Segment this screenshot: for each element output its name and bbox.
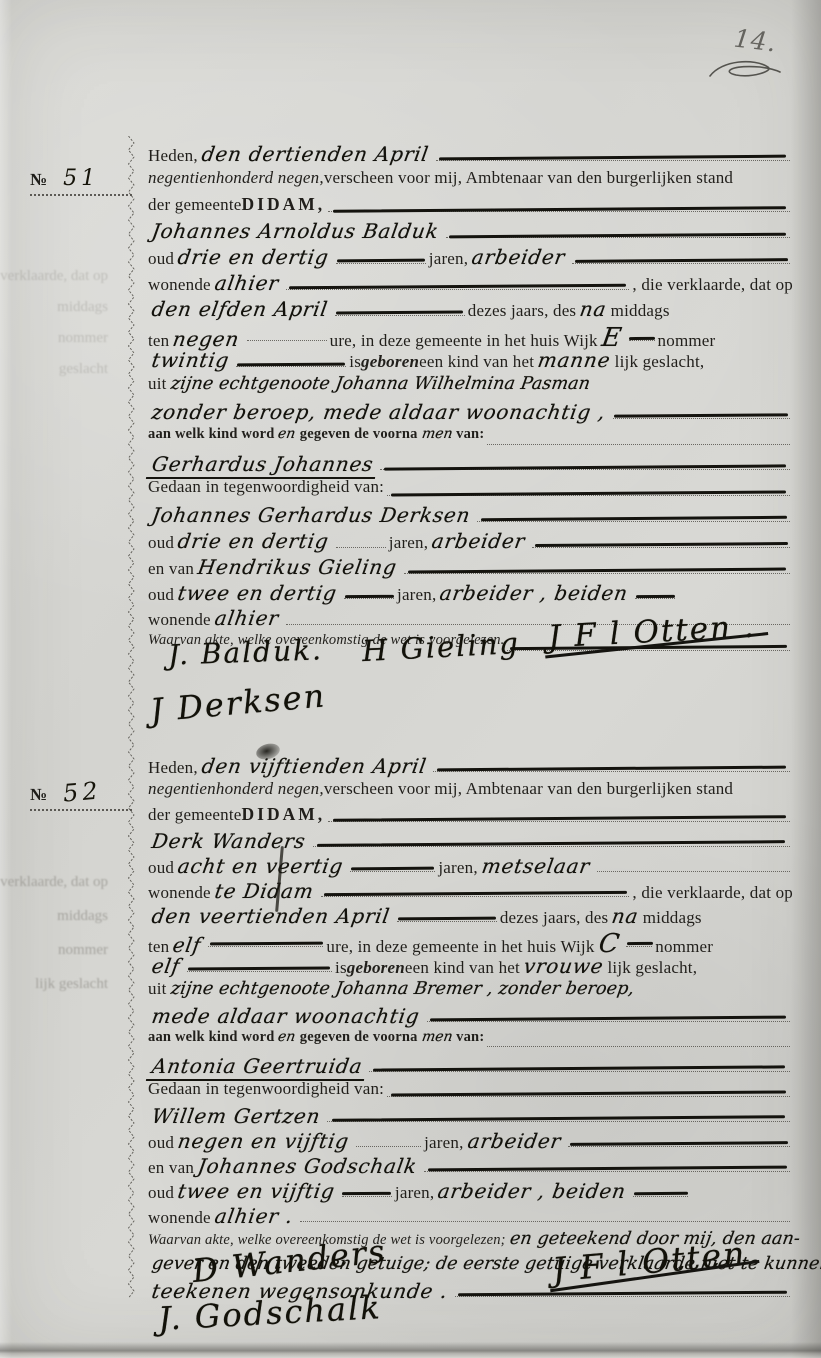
handwritten-entry: Gerhardus Johannes [146,452,379,479]
fill-line [187,969,332,972]
printed-form-text: nommer [658,331,716,351]
form-line: den veertienden April dezes jaars, des n… [148,904,793,929]
printed-form-text: der gemeente [148,195,242,215]
printed-form-text: aan welk kind word [148,426,274,443]
fill-line [387,493,790,496]
handwritten-entry: negen [167,327,245,351]
printed-form-text: jaren, [395,1183,434,1203]
form-line: ten negen ure, in deze gemeente in het h… [148,323,793,349]
fill-line [344,596,394,599]
handwritten-entry: arbeider [462,1129,567,1153]
handwritten-entry: twee en dertig [172,581,343,605]
fill-line [635,596,675,599]
form-line: mede aldaar woonachtig [148,1004,793,1029]
fill-line [313,844,790,847]
form-line: Johannes Arnoldus Balduk [148,219,793,245]
handwritten-entry: twee en vijftig [172,1179,341,1203]
fill-line [350,869,435,872]
fill-line [321,894,630,897]
handwritten-entry: arbeider [426,529,531,553]
printed-form-text: lijk geslacht, [615,352,705,372]
handwritten-entry: arbeider , beiden [435,581,635,605]
printed-form-text: der gemeente [148,805,242,825]
form-line: oud negen en vijftig jaren, arbeider [148,1129,793,1154]
form-line: twintigis geboren een kind van het manne… [148,348,793,374]
record-52-body: Heden, den vijftienden Aprilnegentienhon… [148,754,793,1304]
fill-line [328,209,790,212]
printed-form-text: jaren, [397,585,436,605]
printed-form-text: geboren [347,958,405,978]
handwritten-entry: vrouwe [518,954,609,978]
handwritten-entry: zijne echtgenoote Johanna Bremer , zonde… [165,979,639,999]
printed-form-text: Heden, [148,758,198,778]
fill-line [455,1294,790,1297]
printed-form-text: oud [148,533,174,553]
printed-form-text: negentienhonderd negen, [148,779,324,799]
form-line: Antonia Geertruida [148,1054,793,1079]
fill-line [626,944,652,947]
printed-form-text: uit [148,979,167,999]
handwritten-entry: Hendrikus Gieling [192,555,403,579]
form-line: Willem Gertzen [148,1104,793,1129]
form-line: uit zijne echtgenoote Johanna Bremer , z… [148,979,793,1004]
numero-symbol: № [30,170,47,190]
printed-form-text: wonende [148,610,211,630]
printed-form-text: dezes jaars, des [500,908,608,928]
form-line: Gerhardus Johannes [148,452,793,478]
printed-form-text: verscheen voor mij, Ambtenaar van den bu… [324,168,733,188]
form-line: Heden, den vijftienden April [148,754,793,779]
handwritten-entry: en [273,1029,301,1045]
handwritten-entry: drie en dertig [172,529,334,553]
handwritten-entry: twintig [146,348,235,372]
record-52-margin-number: № 52 [30,778,132,811]
fill-line [629,338,655,341]
page-bottom-shadow [0,1342,821,1358]
decorative-zigzag-border [127,136,136,1304]
fill-line [387,1094,790,1097]
fill-line [477,519,790,522]
handwritten-entry: men [416,1029,457,1045]
bleed-through-text: nommer [0,942,114,959]
printed-form-text: , die verklaarde, dat op [632,883,793,903]
printed-form-text: een kind van het [405,958,520,978]
printed-form-text: wonende [148,1208,211,1228]
fill-line [427,1019,790,1022]
fill-line [487,442,790,445]
handwritten-entry: men [416,426,457,442]
fill-line [369,1069,790,1072]
form-line: oud drie en dertig jaren, arbeider [148,529,793,555]
printed-form-text: van: [456,1029,484,1046]
handwritten-entry: arbeider [466,245,571,269]
printed-form-text: van: [456,426,484,443]
numero-symbol: № [30,785,47,805]
handwritten-entry: Willem Gertzen [146,1104,326,1128]
bleed-through-text: verklaarde, dat op [0,874,114,891]
handwritten-entry: Johannes Arnoldus Balduk [146,219,445,243]
record-51-margin-number: № 51 [30,166,132,196]
printed-form-text: jaren, [389,533,428,553]
printed-form-text: en van [148,1158,194,1178]
fill-line [568,1144,790,1147]
fill-line [335,313,465,316]
handwritten-entry: den dertienden April [196,142,435,166]
fill-line [613,416,790,419]
printed-form-text: oud [148,1133,174,1153]
bleed-through-text: nommer [0,330,114,347]
form-line: oud twee en dertig jaren, arbeider , bei… [148,581,793,607]
printed-form-text: uit [148,374,167,394]
signature: H Gieling [361,626,520,668]
form-line: Gedaan in tegenwoordigheid van: [148,1079,793,1104]
printed-form-text: nommer [655,937,713,957]
form-line: oud drie en dertig jaren, arbeider [148,245,793,271]
fill-line [208,944,323,947]
printed-form-text: Gedaan in tegenwoordigheid van: [148,1079,384,1099]
form-line: zonder beroep, mede aldaar woonachtig , [148,400,793,426]
record-number-value: 52 [62,776,103,807]
printed-form-text: jaren, [438,858,477,878]
fill-line [424,1169,790,1172]
signature: J. Balduk. [167,633,323,671]
handwritten-entry: Derk Wanders [146,829,311,853]
handwritten-entry: en [273,426,301,442]
printed-form-text: dezes jaars, des [468,301,576,321]
form-line: Johannes Gerhardus Derksen [148,503,793,529]
bleed-through-text: lijk geslacht [0,976,114,993]
handwritten-entry: mede aldaar woonachtig [146,1004,425,1028]
handwritten-entry: acht en veertig [172,854,349,878]
fill-line [397,919,497,922]
fill-line [236,364,346,367]
record-51-body: Heden, den dertienden Aprilnegentienhond… [148,142,793,658]
printed-form-text: negentienhonderd negen, [148,168,324,188]
handwritten-entry: den veertienden April [146,904,396,928]
form-line: wonende alhier . [148,1204,793,1229]
form-line: den elfden April dezes jaars, des na mid… [148,297,793,323]
printed-form-text: oud [148,249,174,269]
handwritten-entry: drie en dertig [172,245,334,269]
printed-form-text: oud [148,858,174,878]
record-number-value: 51 [63,166,99,191]
fill-line [328,819,790,822]
signature: J Derksen [149,676,328,729]
form-line: wonende te Didam, die verklaarde, dat op [148,879,793,904]
printed-form-text: DIDAM, [242,194,326,215]
printed-form-text: wonende [148,275,211,295]
form-line: wonende alhier, die verklaarde, dat op [148,271,793,297]
form-line: der gemeente DIDAM, [148,194,793,220]
handwritten-entry: arbeider , beiden [432,1179,632,1203]
page-right-shadow [791,0,821,1358]
handwritten-entry: na [606,904,644,928]
form-line: Gedaan in tegenwoordigheid van: [148,477,793,503]
printed-form-text: middags [611,301,670,321]
form-line: negentienhonderd negen, verscheen voor m… [148,779,793,804]
printed-form-text: , die verklaarde, dat op [632,275,793,295]
form-line: Derk Wanders [148,829,793,854]
printed-form-text: oud [148,585,174,605]
form-line: der gemeente DIDAM, [148,804,793,829]
printed-form-text: wonende [148,883,211,903]
fill-line [597,869,790,872]
fill-line [380,467,790,470]
fill-line [633,1194,688,1197]
printed-form-text: een kind van het [419,352,534,372]
form-line: Heden, den dertienden April [148,142,793,168]
printed-form-text: verscheen voor mij, Ambtenaar van den bu… [324,779,733,799]
bleed-through-text: geslacht [0,361,114,378]
fill-line [342,1194,392,1197]
form-line: elfis geboren een kind van het vrouwelij… [148,954,793,979]
fill-line [247,338,327,341]
fill-line [446,235,790,238]
fill-line [433,769,790,772]
fill-line [336,261,426,264]
printed-form-text: gegeven de voorna [300,426,418,443]
fill-line [572,261,790,264]
fill-line [356,1144,421,1147]
printed-form-text: is [349,352,361,372]
handwritten-entry: negen en vijftig [172,1129,355,1153]
bleed-through-text: middags [0,299,114,316]
handwritten-entry: na [574,297,612,321]
fill-line [532,545,790,548]
handwritten-entry: zijne echtgenoote Johanna Wilhelmina Pas… [165,374,595,394]
form-line: aan welk kind worden gegeven de voorname… [148,426,793,452]
handwritten-entry: te Didam [209,879,320,903]
printed-form-text: gegeven de voorna [300,1029,418,1046]
handwritten-entry: den vijftienden April [196,754,432,778]
fill-line [336,545,386,548]
fill-line [327,1119,790,1122]
handwritten-entry: metselaar [476,854,596,878]
handwritten-entry: manne [532,348,616,372]
printed-form-text: oud [148,1183,174,1203]
printed-form-text: jaren, [429,249,468,269]
scanned-birth-register-page: verklaarde, dat opmiddagsnommergeslachtv… [0,0,821,1358]
form-line: negentienhonderd negen, verscheen voor m… [148,168,793,194]
printed-form-text: Gedaan in tegenwoordigheid van: [148,477,384,497]
handwritten-entry: Johannes Gerhardus Derksen [146,503,476,527]
page-left-edge [0,0,12,1358]
printed-form-text: middags [643,908,702,928]
handwritten-entry: zonder beroep, mede aldaar woonachtig , [146,400,611,424]
form-line: oud acht en veertig jaren, metselaar [148,854,793,879]
printed-form-text: Heden, [148,146,198,166]
printed-form-text: aan welk kind word [148,1029,274,1046]
fill-line [487,1044,790,1047]
handwritten-entry: alhier . [209,1204,299,1228]
fill-line [286,287,630,290]
form-line: uit zijne echtgenoote Johanna Wilhelmina… [148,374,793,400]
printed-form-text: en van [148,559,194,579]
handwritten-entry: elf [146,954,186,978]
handwritten-entry: Johannes Godschalk [192,1154,423,1178]
form-line: ten elf ure, in deze gemeente in het hui… [148,929,793,954]
fill-line [404,571,790,574]
handwritten-entry: Antonia Geertruida [146,1054,368,1081]
printed-form-text: DIDAM, [242,804,326,825]
printed-form-text: geboren [361,352,419,372]
printed-form-text: lijk geslacht, [607,958,697,978]
bleed-through-text: middags [0,908,114,925]
bleed-through-text: verklaarde, dat op [0,268,114,285]
form-line: aan welk kind worden gegeven de voorname… [148,1029,793,1054]
form-line: en van Hendrikus Gieling [148,555,793,581]
registrar-paraph-mark [706,56,784,86]
sheet-number-pencil: 14. [732,24,778,58]
fill-line [300,1219,790,1222]
form-line: en van Johannes Godschalk [148,1154,793,1179]
handwritten-entry: den elfden April [146,297,334,321]
printed-form-text: jaren, [424,1133,463,1153]
form-line: oud twee en vijftig jaren, arbeider , be… [148,1179,793,1204]
printed-form-text: is [335,958,347,978]
handwritten-entry: alhier [209,271,285,295]
handwritten-entry: alhier [209,606,285,630]
fill-line [436,158,790,161]
